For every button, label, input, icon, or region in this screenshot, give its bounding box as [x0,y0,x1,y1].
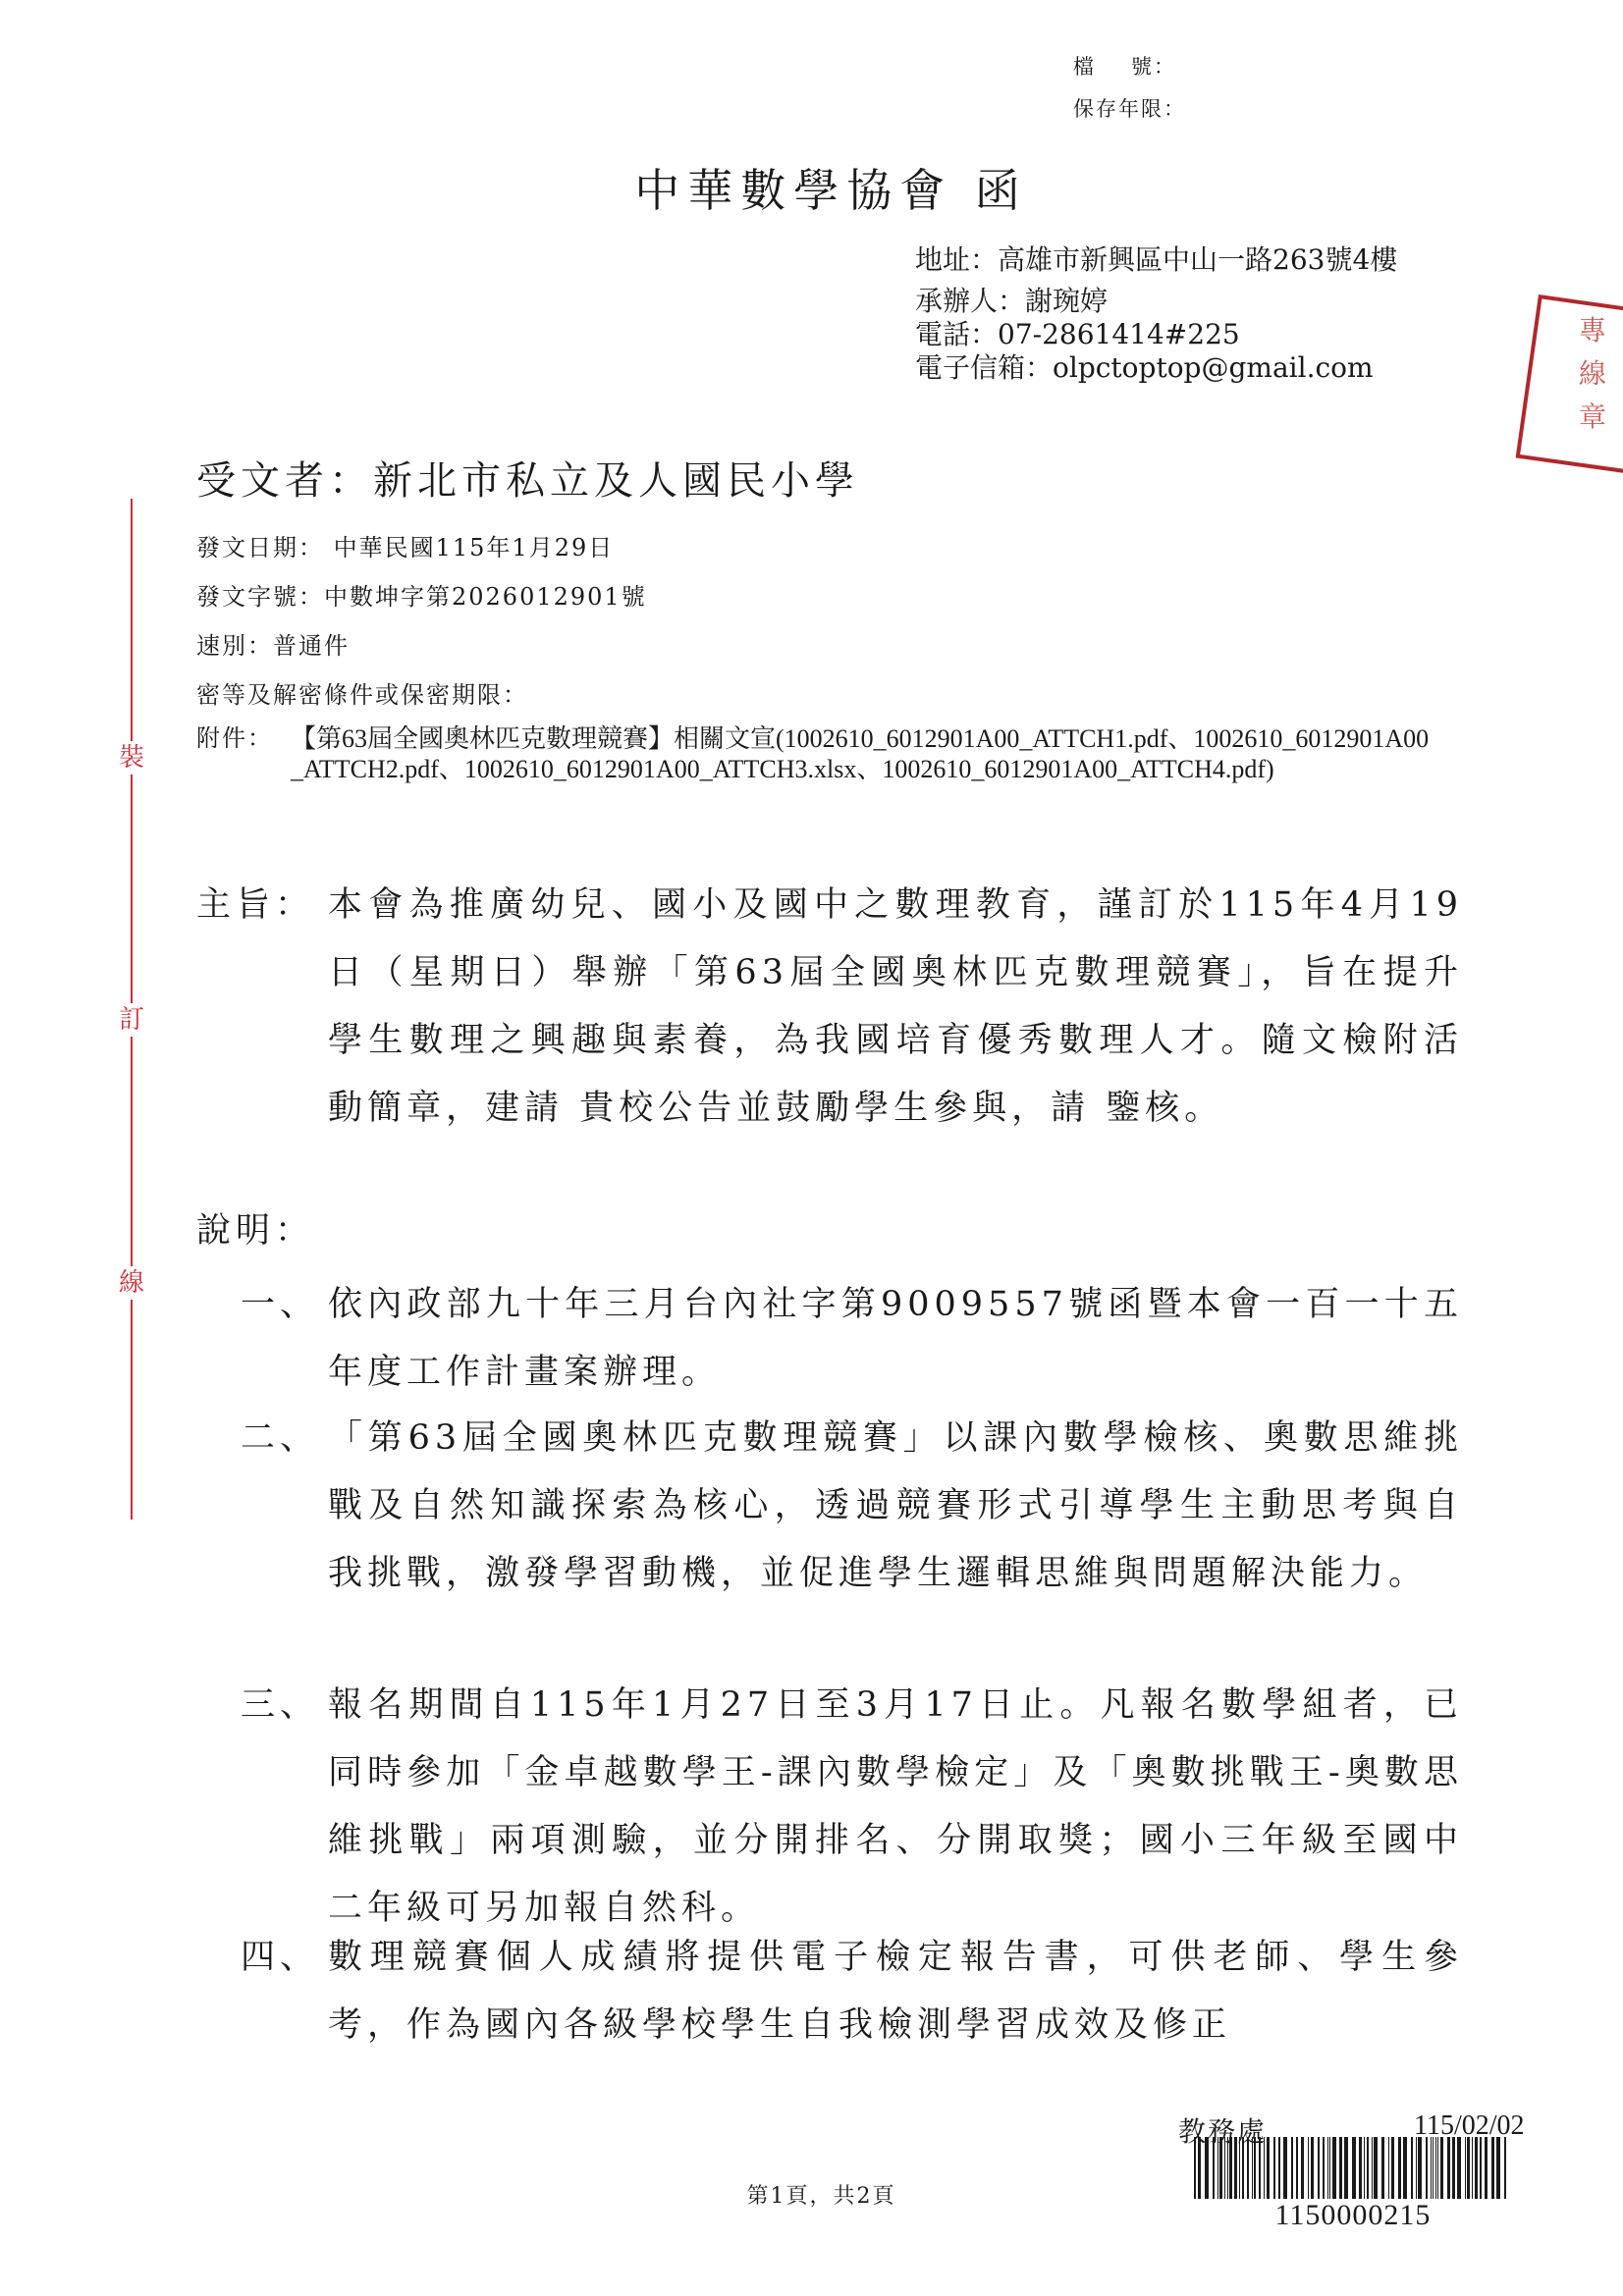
explanation-item: 一、 依內政部九十年三月台內社字第9009557號函暨本會一百一十五年度工作計畫… [241,1271,1463,1407]
explanation-item: 四、 數理競賽個人成績將提供電子檢定報告書，可供老師、學生參考，作為國內各級學校… [241,1924,1463,2059]
recipient: 受文者：新北市私立及人國民小學 [196,450,859,506]
item-text: 「第63屆全國奧林匹克數理競賽」以課內數學檢核、奧數思維挑戰及自然知識探索為核心… [328,1405,1463,1608]
file-number-field: 檔號： [1073,51,1176,80]
attachments-label: 附件： [196,723,273,754]
sender-phone: 電話：07-2861414#225 [915,318,1397,351]
item-text: 數理競賽個人成績將提供電子檢定報告書，可供老師、學生參考，作為國內各級學校學生自… [328,1924,1463,2059]
subject-text: 本會為推廣幼兒、國小及國中之數理教育，謹訂於115年4月19日（星期日）舉辦「第… [328,872,1463,1143]
item-number: 三、 [241,1672,319,1739]
sender-email: 電子信箱：olpctoptop@gmail.com [915,351,1397,385]
binding-char: 線 [117,1266,146,1300]
issue-date: 發文日期： 中華民國115年1月29日 [196,528,614,562]
retention-period-field: 保存年限： [1073,93,1186,123]
explanation-item: 三、 報名期間自115年1月27日至3月17日止。凡報名數學組者，已同時參加「金… [241,1672,1463,1943]
binding-char: 裝 [117,741,146,774]
seal-char: 專 [1579,309,1608,352]
item-number: 四、 [241,1924,319,1992]
binding-char: 訂 [117,1003,146,1037]
item-number: 一、 [241,1271,319,1339]
seal-char: 章 [1579,396,1608,439]
explanation-label: 說明： [196,1203,314,1253]
delivery-speed: 速別：普通件 [196,626,350,661]
retention-period-label: 保存年限 [1073,97,1163,121]
retention-period-colon: ： [1163,97,1186,121]
barcode-number: 1150000215 [1194,2199,1512,2232]
file-number-label: 檔號 [1073,51,1154,80]
item-number: 二、 [241,1405,319,1472]
subject-section: 主旨： 本會為推廣幼兒、國小及國中之數理教育，謹訂於115年4月19日（星期日）… [196,872,1463,1143]
sender-address: 地址：高雄市新興區中山一路263號4樓 [915,243,1397,277]
seal-char: 線 [1579,352,1608,396]
barcode [1194,2137,1512,2199]
sender-contact-person: 承辦人：謝琬婷 [915,285,1397,318]
explanation-item: 二、 「第63屆全國奧林匹克數理競賽」以課內數學檢核、奧數思維挑戰及自然知識探索… [241,1405,1463,1608]
attachments: 附件： 【第63屆全國奧林匹克數理競賽】相關文宣(1002610_6012901… [196,723,1473,784]
attachments-list: 【第63屆全國奧林匹克數理競賽】相關文宣(1002610_6012901A00_… [291,723,1439,784]
item-text: 報名期間自115年1月27日至3月17日止。凡報名數學組者，已同時參加「金卓越數… [328,1672,1463,1943]
subject-label: 主旨： [196,872,314,939]
item-text: 依內政部九十年三月台內社字第9009557號函暨本會一百一十五年度工作計畫案辦理… [328,1271,1463,1407]
secrecy-level: 密等及解密條件或保密期限： [196,675,528,710]
document-title: 中華數學協會 函 [0,155,1623,220]
file-number-colon: ： [1154,55,1176,79]
document-number: 發文字號：中數坤字第2026012901號 [196,577,647,612]
sender-info: 地址：高雄市新興區中山一路263號4樓 承辦人：謝琬婷 電話：07-286141… [915,243,1397,385]
seal-stamp-text: 專 線 章 [1579,309,1608,439]
